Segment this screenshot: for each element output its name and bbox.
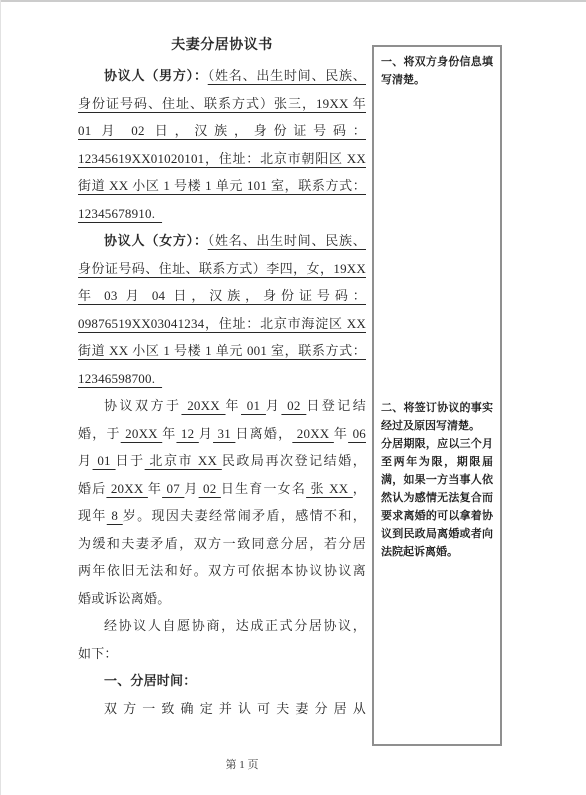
document-text: 现年 — [78, 508, 107, 523]
underlined-blank-text: 12345619XX01020101，住址：北京市朝阳区 XX — [78, 151, 366, 166]
underlined-blank-text: （姓名、出生时间、民族、 — [208, 233, 366, 248]
comment-note: 二、将签订协议的事实经过及原因写清楚。分居期限，应以三个月至两年为限，期限届满，… — [381, 399, 493, 561]
comment-paragraph: 一、将双方身份信息填写清楚。 — [381, 53, 493, 89]
document-text: 经协议人自愿协商，达成正式分居协议， — [104, 618, 366, 633]
underlined-blank-text: 张 XX — [306, 481, 353, 496]
document-page: 夫妻分居协议书 协议人（男方）：（姓名、出生时间、民族、身份证号码、住址、联系方… — [0, 0, 586, 795]
underlined-blank-text: 12346598700. — [78, 371, 162, 386]
document-text: 年 — [334, 426, 348, 441]
bold-label-text: 协议人（男方）： — [104, 68, 208, 83]
underlined-blank-text: 身份证号码、住址、联系方式）张三，19XX 年 — [78, 96, 366, 111]
document-line: 经协议人自愿协商，达成正式分居协议， — [78, 612, 366, 640]
underlined-blank-text: 20XX — [181, 398, 225, 413]
underlined-blank-text: 街道 XX 小区 1 号楼 1 单元 001 室，联系方式： — [78, 343, 366, 358]
document-text: 为缓和夫妻矛盾，双方一致同意分居，若分居 — [78, 536, 366, 551]
page-edge-left — [0, 0, 1, 795]
document-line: 协议人（女方）：（姓名、出生时间、民族、 — [78, 227, 366, 255]
document-line: 婚后 20XX 年 07 月 02 日生育一女名 张 XX ， — [78, 475, 366, 503]
underlined-blank-text: 02 — [199, 481, 221, 496]
underlined-blank-text: 01 月 02 日，汉族，身份证号码： — [78, 123, 366, 138]
document-text: ， — [353, 481, 366, 496]
underlined-blank-text: 09876519XX03041234，住址：北京市海淀区 XX — [78, 316, 366, 331]
comment-note: 一、将双方身份信息填写清楚。 — [381, 53, 493, 89]
underlined-blank-text: 01 — [93, 453, 116, 468]
document-line: 身份证号码、住址、联系方式）李四，女，19XX — [78, 255, 366, 283]
underlined-blank-text: 06 — [348, 426, 366, 441]
document-text: 月 — [266, 398, 282, 413]
document-text: 双方一致确定并认可夫妻分居从 — [104, 701, 366, 716]
document-line: 协议人（男方）：（姓名、出生时间、民族、 — [78, 62, 366, 90]
underlined-blank-text: 01 — [241, 398, 266, 413]
document-title: 夫妻分居协议书 — [78, 36, 366, 56]
document-body: 协议人（男方）：（姓名、出生时间、民族、身份证号码、住址、联系方式）张三，19X… — [78, 62, 366, 722]
document-text: 协议双方于 — [104, 398, 181, 413]
document-text: 年 — [162, 426, 176, 441]
document-text: 日生育一女名 — [221, 481, 306, 496]
document-line: 01 月 02 日，汉族，身份证号码： — [78, 117, 366, 145]
document-text: 年 — [226, 398, 242, 413]
document-line: 双方一致确定并认可夫妻分居从 — [78, 695, 366, 723]
comments-panel: 一、将双方身份信息填写清楚。二、将签订协议的事实经过及原因写清楚。分居期限，应以… — [372, 45, 502, 746]
document-line: 街道 XX 小区 1 号楼 1 单元 101 室，联系方式： — [78, 172, 366, 200]
document-text: 月 — [199, 426, 213, 441]
underlined-blank-text: 07 — [162, 481, 184, 496]
document-text: 日离婚， — [235, 426, 292, 441]
underlined-blank-text: 身份证号码、住址、联系方式）李四，女，19XX — [78, 261, 366, 276]
underlined-blank-text: 31 — [213, 426, 235, 441]
document-text: 日登记结 — [306, 398, 366, 413]
underlined-blank-text: 12345678910. — [78, 206, 162, 221]
document-line: 12345678910. — [78, 200, 366, 228]
document-text: 婚，于 — [78, 426, 121, 441]
bold-label-text: 协议人（女方）： — [104, 233, 208, 248]
underlined-blank-text: 8 — [107, 508, 123, 523]
underlined-blank-text: 年 03 月 04 日，汉族，身份证号码： — [78, 288, 366, 303]
document-line: 身份证号码、住址、联系方式）张三，19XX 年 — [78, 90, 366, 118]
document-line: 现年 8 岁。现因夫妻经常闹矛盾，感情不和， — [78, 502, 366, 530]
document-line: 婚，于 20XX 年 12 月 31 日离婚， 20XX 年 06 — [78, 420, 366, 448]
document-line: 为缓和夫妻矛盾，双方一致同意分居，若分居 — [78, 530, 366, 558]
document-line: 婚或诉讼离婚。 — [78, 585, 366, 613]
page-number: 第 1 页 — [178, 756, 306, 772]
document-text: 婚或诉讼离婚。 — [78, 591, 170, 606]
underlined-blank-text: （姓名、出生时间、民族、 — [208, 68, 366, 83]
document-line: 09876519XX03041234，住址：北京市海淀区 XX — [78, 310, 366, 338]
document-text: 岁。现因夫妻经常闹矛盾，感情不和， — [123, 508, 366, 523]
underlined-blank-text: 20XX — [121, 426, 163, 441]
underlined-blank-text: 街道 XX 小区 1 号楼 1 单元 101 室，联系方式： — [78, 178, 366, 193]
document-text: 年 — [148, 481, 162, 496]
document-line: 12346598700. — [78, 365, 366, 393]
comment-paragraph: 分居期限，应以三个月至两年为限，期限届满，如果一方当事人依然认为感情无法复合而要… — [381, 435, 493, 561]
document-text: 两年依旧无法和好。双方可依据本协议协议离 — [78, 563, 366, 578]
document-line: 12345619XX01020101，住址：北京市朝阳区 XX — [78, 145, 366, 173]
page-edge-top — [0, 0, 586, 2]
document-text: 日于 — [116, 453, 145, 468]
document-line: 月 01 日于 北京市 XX 民政局再次登记结婚， — [78, 447, 366, 475]
underlined-blank-text: 20XX — [106, 481, 147, 496]
underlined-blank-text: 12 — [176, 426, 198, 441]
document-text: 月 — [78, 453, 93, 468]
document-line: 如下： — [78, 640, 366, 668]
document-text: 婚后 — [78, 481, 106, 496]
document-line: 年 03 月 04 日，汉族，身份证号码： — [78, 282, 366, 310]
underlined-blank-text: 20XX — [292, 426, 334, 441]
document-text: 民政局再次登记结婚， — [222, 453, 366, 468]
underlined-blank-text: 北京市 XX — [145, 453, 222, 468]
comment-paragraph: 二、将签订协议的事实经过及原因写清楚。 — [381, 399, 493, 435]
document-line: 协议双方于 20XX 年 01 月 02 日登记结 — [78, 392, 366, 420]
bold-label-text: 一、分居时间： — [104, 673, 196, 688]
document-line: 一、分居时间： — [78, 667, 366, 695]
document-text: 月 — [184, 481, 198, 496]
underlined-blank-text: 02 — [281, 398, 306, 413]
document-line: 两年依旧无法和好。双方可依据本协议协议离 — [78, 557, 366, 585]
document-text: 如下： — [78, 646, 118, 661]
document-line: 街道 XX 小区 1 号楼 1 单元 001 室，联系方式： — [78, 337, 366, 365]
